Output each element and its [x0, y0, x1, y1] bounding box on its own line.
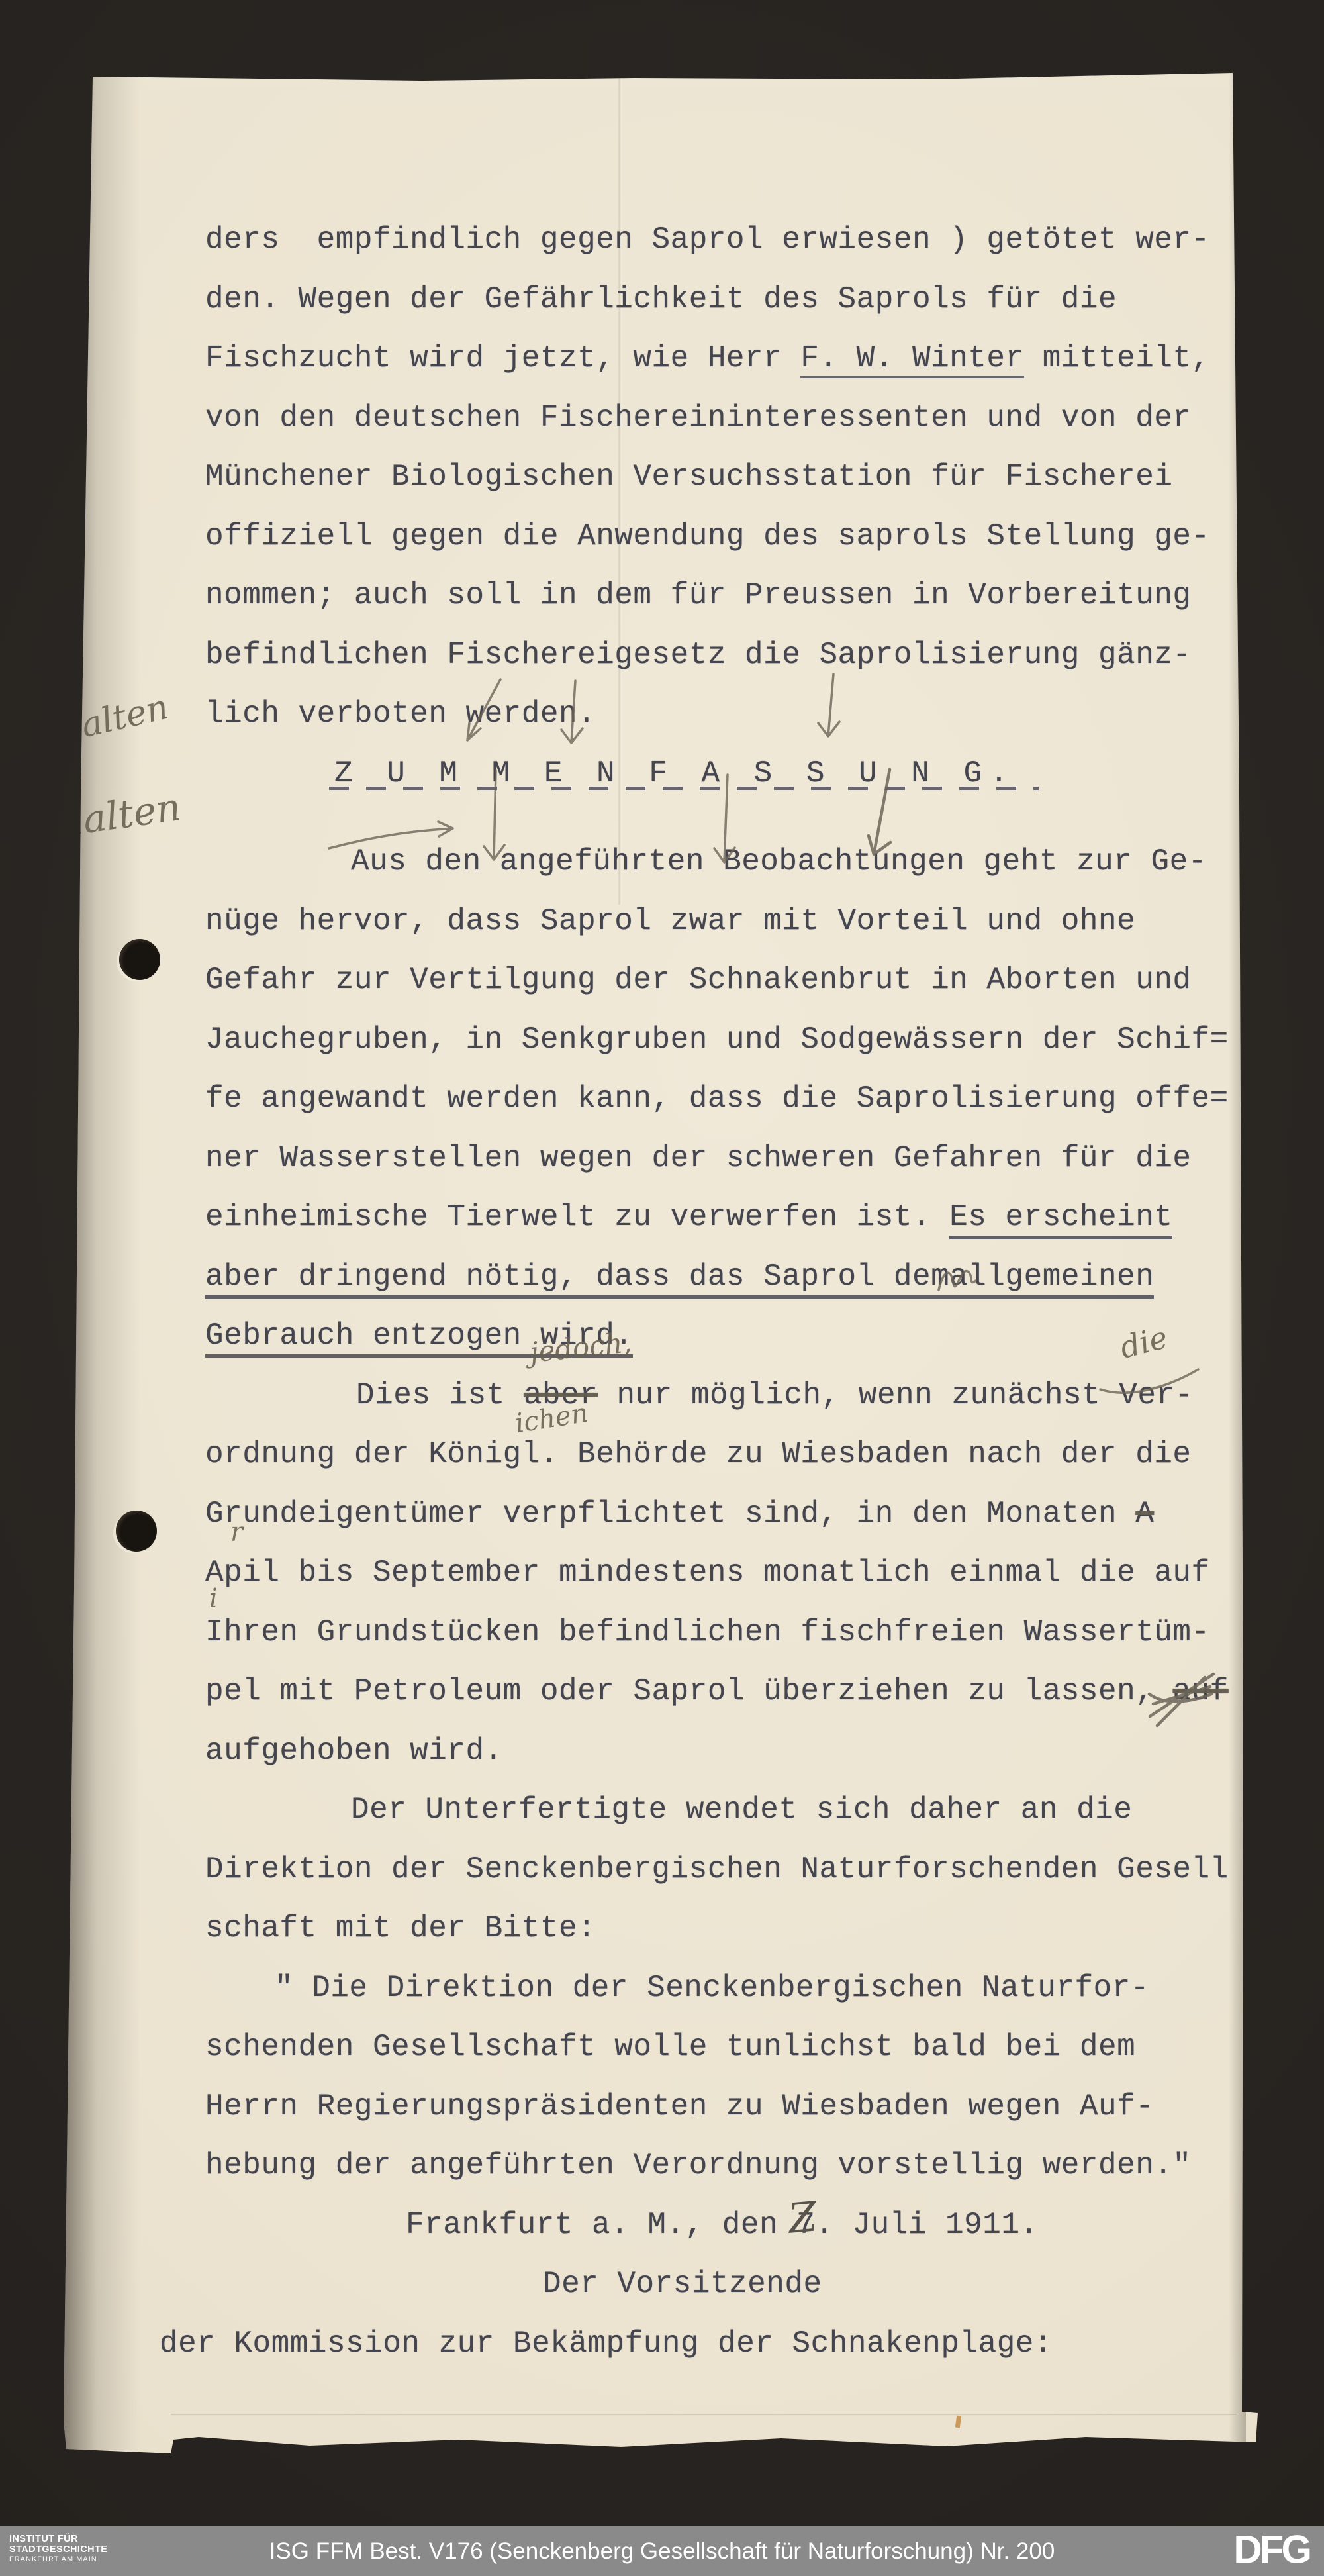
typed-line: Gefahr zur Vertilgung der Schnakenbrut i… — [205, 951, 1264, 1011]
typed-line: Grundeigentümer verpflichtet sind, in de… — [205, 1485, 1264, 1544]
typed-text: allgemeinen — [949, 1260, 1154, 1299]
typed-text: ders empfindlich gegen Saprol erwiesen )… — [205, 223, 1210, 257]
typed-text: Jauchegruben, in Senkgruben und Sodgewäs… — [205, 1022, 1229, 1057]
typed-line: schaft mit der Bitte: — [205, 1899, 1264, 1959]
typed-line: ders empfindlich gegen Saprol erwiesen )… — [205, 211, 1264, 270]
typed-line: Jauchegruben, in Senkgruben und Sodgewäs… — [205, 1011, 1264, 1070]
typed-line: Direktion der Senckenbergischen Naturfor… — [205, 1840, 1264, 1900]
typed-line: aufgehoben wird. — [205, 1722, 1264, 1781]
typed-line: lich verboten werden. — [205, 685, 1264, 744]
typed-text: nommen; auch soll in dem für Preussen in… — [205, 578, 1192, 613]
typed-text: aufgehoben wird. — [205, 1734, 503, 1768]
typed-text: Fischzucht wird jetzt, wie Herr — [205, 341, 800, 375]
typed-text: einheimische Tierwelt zu verwerfen ist. — [205, 1200, 949, 1234]
document-scan-paper: ders empfindlich gegen Saprol erwiesen )… — [0, 0, 1324, 2576]
typed-line: befindlichen Fischereigesetz die Saproli… — [205, 626, 1264, 685]
typed-line: Apil bis September mindestens monatlich … — [205, 1544, 1264, 1603]
typed-line: hebung der angeführten Verordnung vorste… — [205, 2136, 1264, 2196]
dfg-logo: DFG — [1233, 2526, 1309, 2572]
punch-hole-top — [119, 939, 160, 980]
typed-line: Dies ist aber nur möglich, wenn zunächst… — [356, 1366, 1264, 1426]
typed-line: schenden Gesellschaft wolle tunlichst ba… — [205, 2018, 1264, 2077]
typed-line: Herrn Regierungspräsidenten zu Wiesbaden… — [205, 2077, 1264, 2137]
typed-line: nommen; auch soll in dem für Preussen in… — [205, 566, 1264, 626]
summary-heading-row: Z U M M E N F A S S U N G. — [334, 744, 1264, 804]
typed-text: offiziell gegen die Anwendung des saprol… — [205, 519, 1210, 554]
archive-reference-bar: INSTITUT FÜR STADTGESCHICHTE FRANKFURT A… — [0, 2526, 1324, 2576]
typed-text: Münchener Biologischen Versuchsstation f… — [205, 460, 1172, 494]
typed-text: Der Vorsitzende — [543, 2267, 822, 2301]
typed-text: den. Wegen der Gefährlichkeit des Saprol… — [205, 282, 1117, 317]
typed-line: nüge hervor, dass Saprol zwar mit Vortei… — [205, 892, 1264, 952]
typed-line: fe angewandt werden kann, dass die Sapro… — [205, 1069, 1264, 1129]
pencil-date-overwrite: Z — [787, 2196, 820, 2240]
typed-text: Apil bis September mindestens monatlich … — [205, 1556, 1210, 1590]
typed-line: pel mit Petroleum oder Saprol überziehen… — [205, 1662, 1264, 1722]
typed-text: ner Wasserstellen wegen der schweren Gef… — [205, 1141, 1192, 1175]
typed-text: auf — [1172, 1674, 1228, 1709]
typed-text: Grundeigentümer verpflichtet sind, in de… — [205, 1497, 1135, 1531]
pencil-insert-r: r — [230, 1519, 243, 1546]
typed-line: der Kommission zur Bekämpfung der Schnak… — [160, 2314, 1264, 2374]
typed-text: schenden Gesellschaft wolle tunlichst ba… — [205, 2030, 1135, 2064]
typed-text: aber dringend nötig, dass das Saprol dem — [205, 1260, 949, 1299]
typed-text: Direktion der Senckenbergischen Naturfor… — [205, 1852, 1229, 1887]
typed-line: Aus den angeführten Beobachtungen geht z… — [351, 832, 1264, 892]
typed-line: Der Vorsitzende — [543, 2255, 1264, 2314]
typed-text: Herrn Regierungspräsidenten zu Wiesbaden… — [205, 2089, 1154, 2124]
paper-bottom-fold-crease — [171, 2414, 1237, 2416]
typed-line: einheimische Tierwelt zu verwerfen ist. … — [205, 1188, 1264, 1248]
typed-text: pel mit Petroleum oder Saprol überziehen… — [205, 1674, 1172, 1709]
typed-line: Der Unterfertigte wendet sich daher an d… — [351, 1781, 1264, 1840]
typed-text: mitteilt, — [1024, 341, 1210, 375]
typed-line: Gebrauch entzogen wird. — [205, 1307, 1264, 1366]
typed-line: von den deutschen Fischereininteressente… — [205, 389, 1264, 448]
typed-line: Frankfurt a. M., den 7Z. Juli 1911. — [406, 2196, 1264, 2255]
typed-text: lich verboten werden. — [205, 697, 596, 731]
typed-line: offiziell gegen die Anwendung des saprol… — [205, 507, 1264, 567]
typed-text: Aus den angeführten Beobachtungen geht z… — [351, 844, 1207, 879]
typed-line: Fischzucht wird jetzt, wie Herr F. W. Wi… — [205, 329, 1264, 389]
typed-text: Ihren Grundstücken befindlichen fischfre… — [205, 1615, 1210, 1650]
typed-text: nüge hervor, dass Saprol zwar mit Vortei… — [205, 904, 1135, 938]
typed-text: der Kommission zur Bekämpfung der Schnak… — [160, 2326, 1053, 2361]
typed-text: Der Unterfertigte wendet sich daher an d… — [351, 1793, 1132, 1827]
typed-line: den. Wegen der Gefährlichkeit des Saprol… — [205, 270, 1264, 330]
pencil-insert-i: i — [209, 1585, 218, 1612]
typewritten-text-block: ders empfindlich gegen Saprol erwiesen )… — [205, 211, 1264, 2373]
typed-text: ordnung der Königl. Behörde zu Wiesbaden… — [205, 1437, 1192, 1471]
pencil-margin-note-2: schalten — [15, 787, 183, 848]
typed-text: Es erscheint — [949, 1200, 1172, 1239]
typed-text: A — [1135, 1497, 1154, 1531]
typed-line: aber dringend nötig, dass das Saprol dem… — [205, 1248, 1264, 1307]
typed-text: Frankfurt a. M., den — [406, 2208, 796, 2242]
typed-text: " Die Direktion der Senckenbergischen Na… — [275, 1971, 1149, 2005]
typed-text: schaft mit der Bitte: — [205, 1911, 596, 1946]
typed-text: F. W. Winter — [800, 341, 1023, 378]
typed-line: Münchener Biologischen Versuchsstation f… — [205, 448, 1264, 507]
archive-reference-text: ISG FFM Best. V176 (Senckenberg Gesellsc… — [0, 2538, 1324, 2565]
paper-stain-speck — [955, 2416, 961, 2428]
paper-left-edge-shadow — [61, 73, 140, 2450]
typed-text: von den deutschen Fischereininteressente… — [205, 401, 1192, 435]
typed-text: hebung der angeführten Verordnung vorste… — [205, 2148, 1192, 2183]
typed-line: ner Wasserstellen wegen der schweren Gef… — [205, 1129, 1264, 1189]
typed-line: ordnung der Königl. Behörde zu Wiesbaden… — [205, 1425, 1264, 1485]
punch-hole-bottom — [116, 1511, 157, 1552]
typed-text: befindlichen Fischereigesetz die Saproli… — [205, 638, 1192, 672]
summary-heading: Z U M M E N F A S S U N G. — [334, 756, 1016, 791]
typed-text: nur möglich, wenn zunächst Ver- — [598, 1378, 1193, 1412]
heading-dashed-underline — [329, 787, 1039, 790]
typed-text: fe angewandt werden kann, dass die Sapro… — [205, 1081, 1229, 1116]
typed-text: Gefahr zur Vertilgung der Schnakenbrut i… — [205, 963, 1192, 997]
typed-text: Dies ist — [356, 1378, 524, 1412]
typed-text: 7Z — [796, 2208, 815, 2242]
typed-line: " Die Direktion der Senckenbergischen Na… — [275, 1959, 1264, 2018]
typed-text: . Juli 1911. — [815, 2208, 1038, 2242]
typed-line: Ihren Grundstücken befindlichen fischfre… — [205, 1603, 1264, 1663]
